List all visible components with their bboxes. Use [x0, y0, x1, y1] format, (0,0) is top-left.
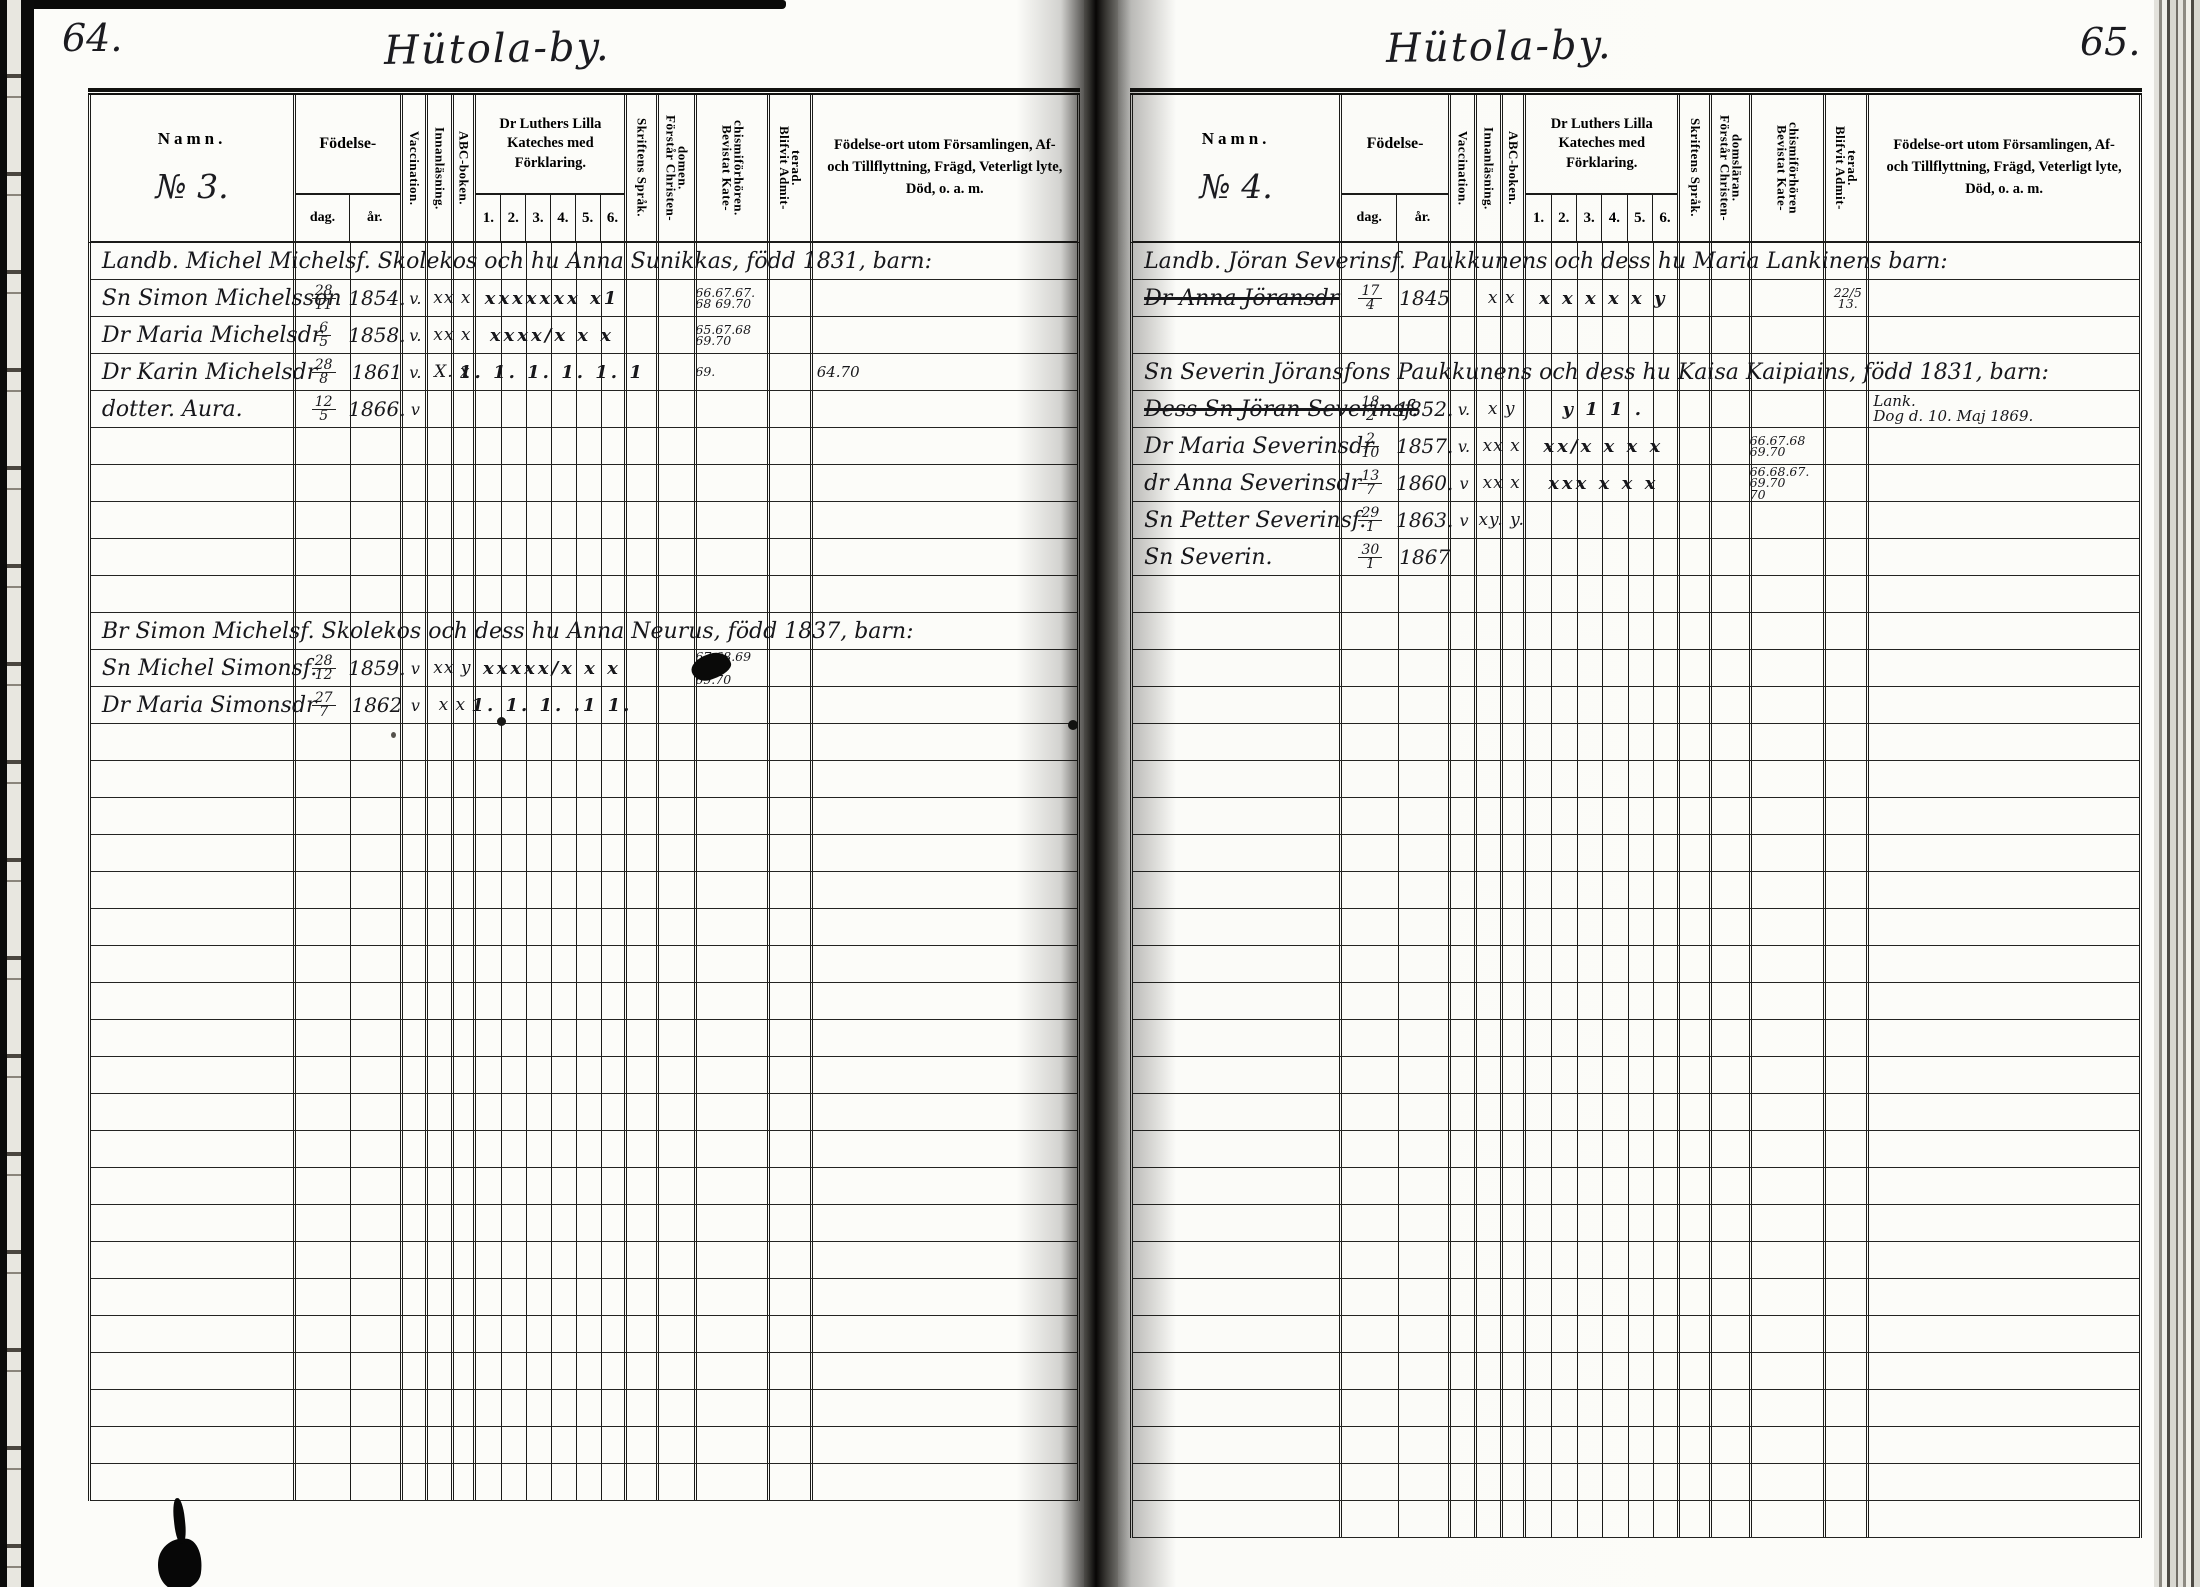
grid-cell-k6 — [1654, 391, 1680, 427]
grid-cell-bevistat — [1752, 946, 1826, 982]
table-row: Dr Karin Michelsdr2881861v.X. x1. 1. 1. … — [91, 354, 1077, 391]
grid-cell-innanlasning — [428, 872, 454, 908]
grid-cell-remarks — [813, 798, 1077, 834]
grid-cell-remarks — [813, 1464, 1077, 1500]
grid-cell-k3 — [1578, 576, 1604, 612]
grid-cell-namn — [1133, 317, 1342, 353]
grid-cell-k1 — [1526, 946, 1552, 982]
grid-cell-vaccination — [1451, 1279, 1477, 1315]
grid-cell-forstar — [659, 761, 697, 797]
grid-cell-k1 — [1526, 1205, 1552, 1241]
grid-cell-ar — [1399, 909, 1451, 945]
grid-cell-blifvit — [1826, 1390, 1869, 1426]
grid-cell-k2 — [502, 1464, 527, 1500]
grid-cell-blifvit — [1826, 391, 1869, 427]
grid-cell-k1 — [1526, 835, 1552, 871]
grid-cell-k3 — [527, 1279, 552, 1315]
grid-cell-dag — [1342, 1057, 1398, 1093]
grid-cell-k3 — [1578, 1020, 1604, 1056]
grid-cell-bevistat — [1752, 428, 1826, 464]
grid-cell-innanlasning — [428, 354, 454, 390]
grid-cell-dag — [1342, 909, 1398, 945]
grid-cell-namn — [91, 946, 296, 982]
grid-cell-blifvit — [1826, 1427, 1869, 1463]
grid-cell-abc — [1503, 465, 1526, 501]
table-row — [1133, 1094, 2139, 1131]
grid-cell-remarks — [813, 465, 1077, 501]
grid-cell-k6 — [1654, 1353, 1680, 1389]
grid-cell-skriftens — [627, 798, 659, 834]
table-top-rule — [1130, 88, 2142, 95]
grid-cell-bevistat — [1752, 243, 1826, 279]
grid-cell-k5 — [577, 983, 602, 1019]
grid-cell-vaccination — [403, 1427, 429, 1463]
table-row — [91, 1353, 1077, 1390]
grid-cell-k2 — [502, 1205, 527, 1241]
grid-cell-forstar — [659, 1242, 697, 1278]
grid-cell-k5 — [577, 1242, 602, 1278]
table-body: Landb. Michel Michelsf. Skolekos och hu … — [88, 243, 1080, 1501]
grid-cell-blifvit — [770, 983, 812, 1019]
grid-cell-skriftens — [627, 761, 659, 797]
grid-cell-dag — [1342, 983, 1398, 1019]
header-dag-label: dag. — [1342, 195, 1397, 241]
grid-cell-k4 — [1603, 1390, 1629, 1426]
grid-cell-forstar — [1712, 1501, 1751, 1537]
grid-cell-k3 — [1578, 502, 1604, 538]
grid-cell-blifvit — [1826, 835, 1869, 871]
grid-cell-dag — [1342, 798, 1398, 834]
grid-cell-ar — [351, 872, 402, 908]
grid-cell-abc — [454, 1353, 477, 1389]
grid-cell-skriftens — [627, 909, 659, 945]
grid-cell-k1 — [1526, 1501, 1552, 1537]
grid-cell-blifvit — [1826, 909, 1869, 945]
grid-cell-remarks — [1869, 1427, 2139, 1463]
grid-cell-innanlasning — [1477, 1501, 1503, 1537]
grid-cell-k5 — [577, 428, 602, 464]
grid-cell-vaccination — [403, 1242, 429, 1278]
table-row: Dess Sn Jöran Severinsf.1821852.v.x yy 1… — [1133, 391, 2139, 428]
grid-cell-k5 — [1629, 1501, 1655, 1537]
grid-cell-bevistat — [697, 1390, 770, 1426]
grid-cell-vaccination — [403, 1168, 429, 1204]
grid-cell-remarks — [813, 428, 1077, 464]
grid-cell-k3 — [527, 798, 552, 834]
grid-cell-forstar — [659, 1464, 697, 1500]
grid-cell-vaccination — [1451, 724, 1477, 760]
grid-cell-innanlasning — [1477, 502, 1503, 538]
grid-cell-bevistat — [1752, 1390, 1826, 1426]
grid-cell-bevistat — [1752, 1501, 1826, 1537]
grid-cell-forstar — [1712, 317, 1751, 353]
grid-cell-bevistat — [1752, 1020, 1826, 1056]
grid-cell-k6 — [1654, 872, 1680, 908]
grid-cell-k1 — [476, 1242, 501, 1278]
grid-cell-k4 — [1603, 354, 1629, 390]
grid-cell-bevistat — [1752, 391, 1826, 427]
grid-cell-k2 — [1552, 761, 1578, 797]
grid-cell-ar — [351, 1242, 402, 1278]
grid-cell-innanlasning — [428, 317, 454, 353]
grid-cell-innanlasning — [428, 983, 454, 1019]
grid-cell-dag — [1342, 1279, 1398, 1315]
grid-cell-ar — [351, 1464, 402, 1500]
grid-cell-innanlasning — [1477, 576, 1503, 612]
grid-cell-skriftens — [627, 983, 659, 1019]
grid-cell-abc — [454, 1279, 477, 1315]
grid-cell-k1 — [1526, 1131, 1552, 1167]
grid-cell-innanlasning — [428, 687, 454, 723]
table-row — [91, 761, 1077, 798]
grid-cell-ar — [1399, 1205, 1451, 1241]
grid-cell-abc — [454, 465, 477, 501]
table-row: Landb. Jöran Severinsf. Paukkunens och d… — [1133, 243, 2139, 280]
grid-cell-blifvit — [770, 1242, 812, 1278]
grid-cell-k1 — [476, 983, 501, 1019]
grid-cell-k6 — [602, 724, 627, 760]
grid-cell-abc — [1503, 1057, 1526, 1093]
table-row — [1133, 872, 2139, 909]
grid-cell-k6 — [1654, 1427, 1680, 1463]
grid-cell-remarks — [1869, 465, 2139, 501]
grid-cell-ar — [1399, 502, 1451, 538]
grid-cell-k6 — [1654, 1242, 1680, 1278]
grid-cell-bevistat — [697, 576, 770, 612]
grid-cell-vaccination — [403, 1094, 429, 1130]
grid-cell-blifvit — [1826, 576, 1869, 612]
grid-cell-k6 — [602, 909, 627, 945]
grid-cell-ar — [1399, 1131, 1451, 1167]
grid-cell-remarks — [1869, 1242, 2139, 1278]
grid-cell-dag — [1342, 391, 1398, 427]
grid-cell-ar — [1399, 1464, 1451, 1500]
grid-cell-abc — [1503, 1353, 1526, 1389]
grid-cell-k2 — [502, 983, 527, 1019]
grid-cell-k5 — [577, 872, 602, 908]
grid-cell-k6 — [602, 1168, 627, 1204]
grid-cell-dag — [296, 687, 351, 723]
grid-cell-k5 — [1629, 465, 1655, 501]
grid-cell-remarks — [1869, 1464, 2139, 1500]
grid-cell-k5 — [1629, 280, 1655, 316]
grid-cell-skriftens — [1680, 502, 1712, 538]
grid-cell-k2 — [502, 798, 527, 834]
grid-cell-dag — [296, 909, 351, 945]
grid-cell-vaccination — [1451, 1020, 1477, 1056]
grid-cell-k2 — [502, 1168, 527, 1204]
grid-cell-skriftens — [1680, 650, 1712, 686]
grid-cell-k1 — [476, 280, 501, 316]
grid-cell-dag — [296, 1131, 351, 1167]
grid-cell-abc — [454, 539, 477, 575]
grid-cell-k5 — [1629, 687, 1655, 723]
grid-cell-abc — [1503, 1131, 1526, 1167]
grid-cell-k1 — [1526, 724, 1552, 760]
grid-cell-abc — [1503, 1279, 1526, 1315]
grid-cell-k4 — [552, 1464, 577, 1500]
grid-cell-forstar — [1712, 724, 1751, 760]
grid-cell-k5 — [1629, 502, 1655, 538]
grid-cell-bevistat — [1752, 280, 1826, 316]
grid-cell-forstar — [1712, 798, 1751, 834]
grid-cell-k2 — [1552, 317, 1578, 353]
grid-cell-k5 — [577, 576, 602, 612]
grid-cell-k2 — [502, 317, 527, 353]
grid-cell-ar — [351, 650, 402, 686]
grid-cell-ar — [351, 835, 402, 871]
grid-cell-ar — [351, 687, 402, 723]
grid-cell-innanlasning — [428, 1131, 454, 1167]
table-row: dr Anna Severinsdr1371860.vxx xxxx x x x… — [1133, 465, 2139, 502]
grid-cell-innanlasning — [1477, 872, 1503, 908]
grid-cell-namn — [1133, 1316, 1342, 1352]
grid-cell-dag — [296, 243, 351, 279]
grid-cell-ar — [1399, 687, 1451, 723]
ink-speck — [1068, 720, 1078, 730]
grid-cell-k2 — [1552, 1279, 1578, 1315]
grid-cell-k1 — [476, 1316, 501, 1352]
grid-cell-blifvit — [770, 391, 812, 427]
grid-cell-innanlasning — [428, 798, 454, 834]
grid-cell-abc — [454, 909, 477, 945]
table-row: Sn Severin Jöransfons Paukkunens och des… — [1133, 354, 2139, 391]
grid-cell-k3 — [1578, 1168, 1604, 1204]
grid-cell-bevistat — [1752, 502, 1826, 538]
grid-cell-forstar — [659, 354, 697, 390]
book-page-right: Hütola-by. 65. Namn. № 4. Födelse- dag. … — [1118, 0, 2154, 1587]
grid-cell-vaccination — [403, 946, 429, 982]
grid-cell-abc — [1503, 613, 1526, 649]
grid-cell-ar — [1399, 1020, 1451, 1056]
grid-cell-innanlasning — [428, 1242, 454, 1278]
grid-cell-k3 — [1578, 1242, 1604, 1278]
grid-cell-blifvit — [1826, 1464, 1869, 1500]
grid-cell-vaccination — [1451, 1501, 1477, 1537]
grid-cell-k3 — [527, 280, 552, 316]
grid-cell-vaccination — [1451, 1168, 1477, 1204]
grid-cell-namn — [91, 1094, 296, 1130]
grid-cell-k3 — [1578, 1427, 1604, 1463]
grid-cell-bevistat — [697, 687, 770, 723]
table-row — [1133, 724, 2139, 761]
grid-cell-k6 — [602, 1316, 627, 1352]
grid-cell-remarks — [1869, 243, 2139, 279]
grid-cell-k2 — [502, 872, 527, 908]
grid-cell-k2 — [1552, 798, 1578, 834]
grid-cell-k5 — [1629, 1390, 1655, 1426]
grid-cell-k2 — [1552, 1168, 1578, 1204]
grid-cell-skriftens — [1680, 1057, 1712, 1093]
grid-cell-blifvit — [770, 1168, 812, 1204]
grid-cell-k1 — [1526, 280, 1552, 316]
grid-cell-abc — [454, 613, 477, 649]
grid-cell-remarks — [813, 1242, 1077, 1278]
grid-cell-abc — [1503, 317, 1526, 353]
grid-cell-k1 — [1526, 1390, 1552, 1426]
grid-cell-dag — [1342, 1020, 1398, 1056]
grid-cell-k6 — [602, 1390, 627, 1426]
grid-cell-ar — [1399, 354, 1451, 390]
grid-cell-blifvit — [1826, 502, 1869, 538]
grid-cell-remarks — [1869, 835, 2139, 871]
grid-cell-k6 — [1654, 1168, 1680, 1204]
grid-cell-k1 — [476, 613, 501, 649]
table-header: Namn. № 4. Födelse- dag. år. Vaccination… — [1130, 95, 2142, 243]
grid-cell-blifvit — [1826, 872, 1869, 908]
grid-cell-k2 — [502, 613, 527, 649]
grid-cell-k3 — [527, 1057, 552, 1093]
grid-cell-namn — [1133, 1427, 1342, 1463]
grid-cell-k3 — [527, 243, 552, 279]
grid-cell-forstar — [659, 391, 697, 427]
grid-cell-forstar — [1712, 1168, 1751, 1204]
grid-cell-k1 — [1526, 1427, 1552, 1463]
grid-cell-forstar — [659, 613, 697, 649]
grid-cell-k5 — [577, 761, 602, 797]
grid-cell-k1 — [476, 465, 501, 501]
header-birth-subrow: dag. år. — [1342, 193, 1448, 241]
grid-cell-vaccination — [1451, 798, 1477, 834]
grid-cell-remarks — [813, 1131, 1077, 1167]
table-row — [91, 465, 1077, 502]
grid-cell-namn — [1133, 576, 1342, 612]
grid-cell-bevistat — [1752, 687, 1826, 723]
grid-cell-abc — [1503, 391, 1526, 427]
grid-cell-dag — [1342, 317, 1398, 353]
grid-cell-bevistat — [1752, 539, 1826, 575]
grid-cell-dag — [296, 1427, 351, 1463]
grid-cell-k6 — [1654, 1205, 1680, 1241]
grid-cell-remarks — [813, 613, 1077, 649]
grid-cell-k2 — [502, 502, 527, 538]
grid-cell-skriftens — [1680, 1501, 1712, 1537]
grid-cell-namn — [1133, 946, 1342, 982]
grid-cell-dag — [1342, 502, 1398, 538]
table-row — [91, 1464, 1077, 1501]
grid-cell-vaccination — [1451, 946, 1477, 982]
grid-cell-remarks — [1869, 650, 2139, 686]
grid-cell-skriftens — [627, 872, 659, 908]
grid-cell-k4 — [1603, 428, 1629, 464]
grid-cell-k3 — [527, 539, 552, 575]
grid-cell-k3 — [1578, 1316, 1604, 1352]
grid-cell-blifvit — [770, 1020, 812, 1056]
grid-cell-k3 — [527, 1205, 552, 1241]
grid-cell-dag — [1342, 687, 1398, 723]
grid-cell-k2 — [502, 1131, 527, 1167]
grid-cell-k1 — [476, 835, 501, 871]
grid-cell-k5 — [1629, 1316, 1655, 1352]
grid-cell-dag — [296, 1316, 351, 1352]
grid-cell-k6 — [1654, 1390, 1680, 1426]
grid-cell-k1 — [1526, 687, 1552, 723]
table-row — [91, 1390, 1077, 1427]
grid-cell-skriftens — [627, 835, 659, 871]
grid-cell-dag — [1342, 613, 1398, 649]
grid-cell-forstar — [659, 243, 697, 279]
grid-cell-forstar — [1712, 613, 1751, 649]
grid-cell-innanlasning — [428, 1464, 454, 1500]
grid-cell-dag — [296, 1205, 351, 1241]
grid-cell-k1 — [476, 576, 501, 612]
grid-cell-k1 — [476, 761, 501, 797]
grid-cell-abc — [454, 1094, 477, 1130]
grid-cell-dag — [1342, 1464, 1398, 1500]
grid-cell-abc — [454, 1464, 477, 1500]
grid-cell-k6 — [602, 465, 627, 501]
grid-cell-abc — [454, 1316, 477, 1352]
grid-cell-innanlasning — [1477, 613, 1503, 649]
grid-cell-skriftens — [627, 946, 659, 982]
grid-cell-ar — [351, 317, 402, 353]
grid-cell-bevistat — [697, 539, 770, 575]
grid-cell-bevistat — [1752, 317, 1826, 353]
grid-cell-k4 — [552, 798, 577, 834]
grid-cell-remarks — [1869, 761, 2139, 797]
grid-cell-skriftens — [627, 1464, 659, 1500]
household-number: № 3. — [91, 167, 293, 206]
grid-cell-k2 — [502, 761, 527, 797]
grid-cell-k1 — [476, 724, 501, 760]
grid-cell-namn — [1133, 983, 1342, 1019]
grid-cell-forstar — [1712, 576, 1751, 612]
grid-cell-ar — [1399, 983, 1451, 1019]
grid-cell-k6 — [602, 502, 627, 538]
grid-cell-k5 — [1629, 1205, 1655, 1241]
grid-cell-k1 — [476, 1353, 501, 1389]
table-row: Dr Maria Michelsdr651858.v.xx xxxxx/x x … — [91, 317, 1077, 354]
grid-cell-ar — [351, 354, 402, 390]
grid-cell-k1 — [476, 354, 501, 390]
grid-cell-remarks — [1869, 687, 2139, 723]
grid-cell-forstar — [1712, 1316, 1751, 1352]
grid-cell-remarks — [1869, 613, 2139, 649]
grid-cell-k3 — [1578, 317, 1604, 353]
grid-cell-abc — [454, 428, 477, 464]
grid-cell-k3 — [1578, 909, 1604, 945]
grid-cell-innanlasning — [428, 243, 454, 279]
grid-cell-ar — [1399, 724, 1451, 760]
grid-cell-remarks — [813, 1353, 1077, 1389]
grid-cell-k6 — [602, 687, 627, 723]
grid-cell-k1 — [476, 1205, 501, 1241]
grid-cell-forstar — [1712, 1094, 1751, 1130]
grid-cell-k3 — [1578, 1094, 1604, 1130]
grid-cell-vaccination — [403, 650, 429, 686]
grid-cell-k2 — [1552, 502, 1578, 538]
grid-cell-k2 — [1552, 613, 1578, 649]
grid-cell-innanlasning — [428, 835, 454, 871]
grid-cell-ar — [1399, 391, 1451, 427]
grid-cell-dag — [296, 1353, 351, 1389]
grid-cell-k3 — [527, 909, 552, 945]
grid-cell-blifvit — [1826, 1205, 1869, 1241]
grid-cell-dag — [296, 798, 351, 834]
grid-cell-k4 — [1603, 761, 1629, 797]
grid-cell-innanlasning — [1477, 1205, 1503, 1241]
grid-cell-innanlasning — [1477, 354, 1503, 390]
grid-cell-k6 — [602, 835, 627, 871]
grid-cell-bevistat — [697, 502, 770, 538]
table-row: Dr Maria Simonsdr2771862vx x1. 1. 1. .1 … — [91, 687, 1077, 724]
grid-cell-k1 — [476, 650, 501, 686]
grid-cell-k2 — [502, 243, 527, 279]
grid-cell-forstar — [659, 1131, 697, 1167]
grid-cell-k3 — [1578, 983, 1604, 1019]
grid-cell-skriftens — [627, 1094, 659, 1130]
grid-cell-k5 — [577, 835, 602, 871]
